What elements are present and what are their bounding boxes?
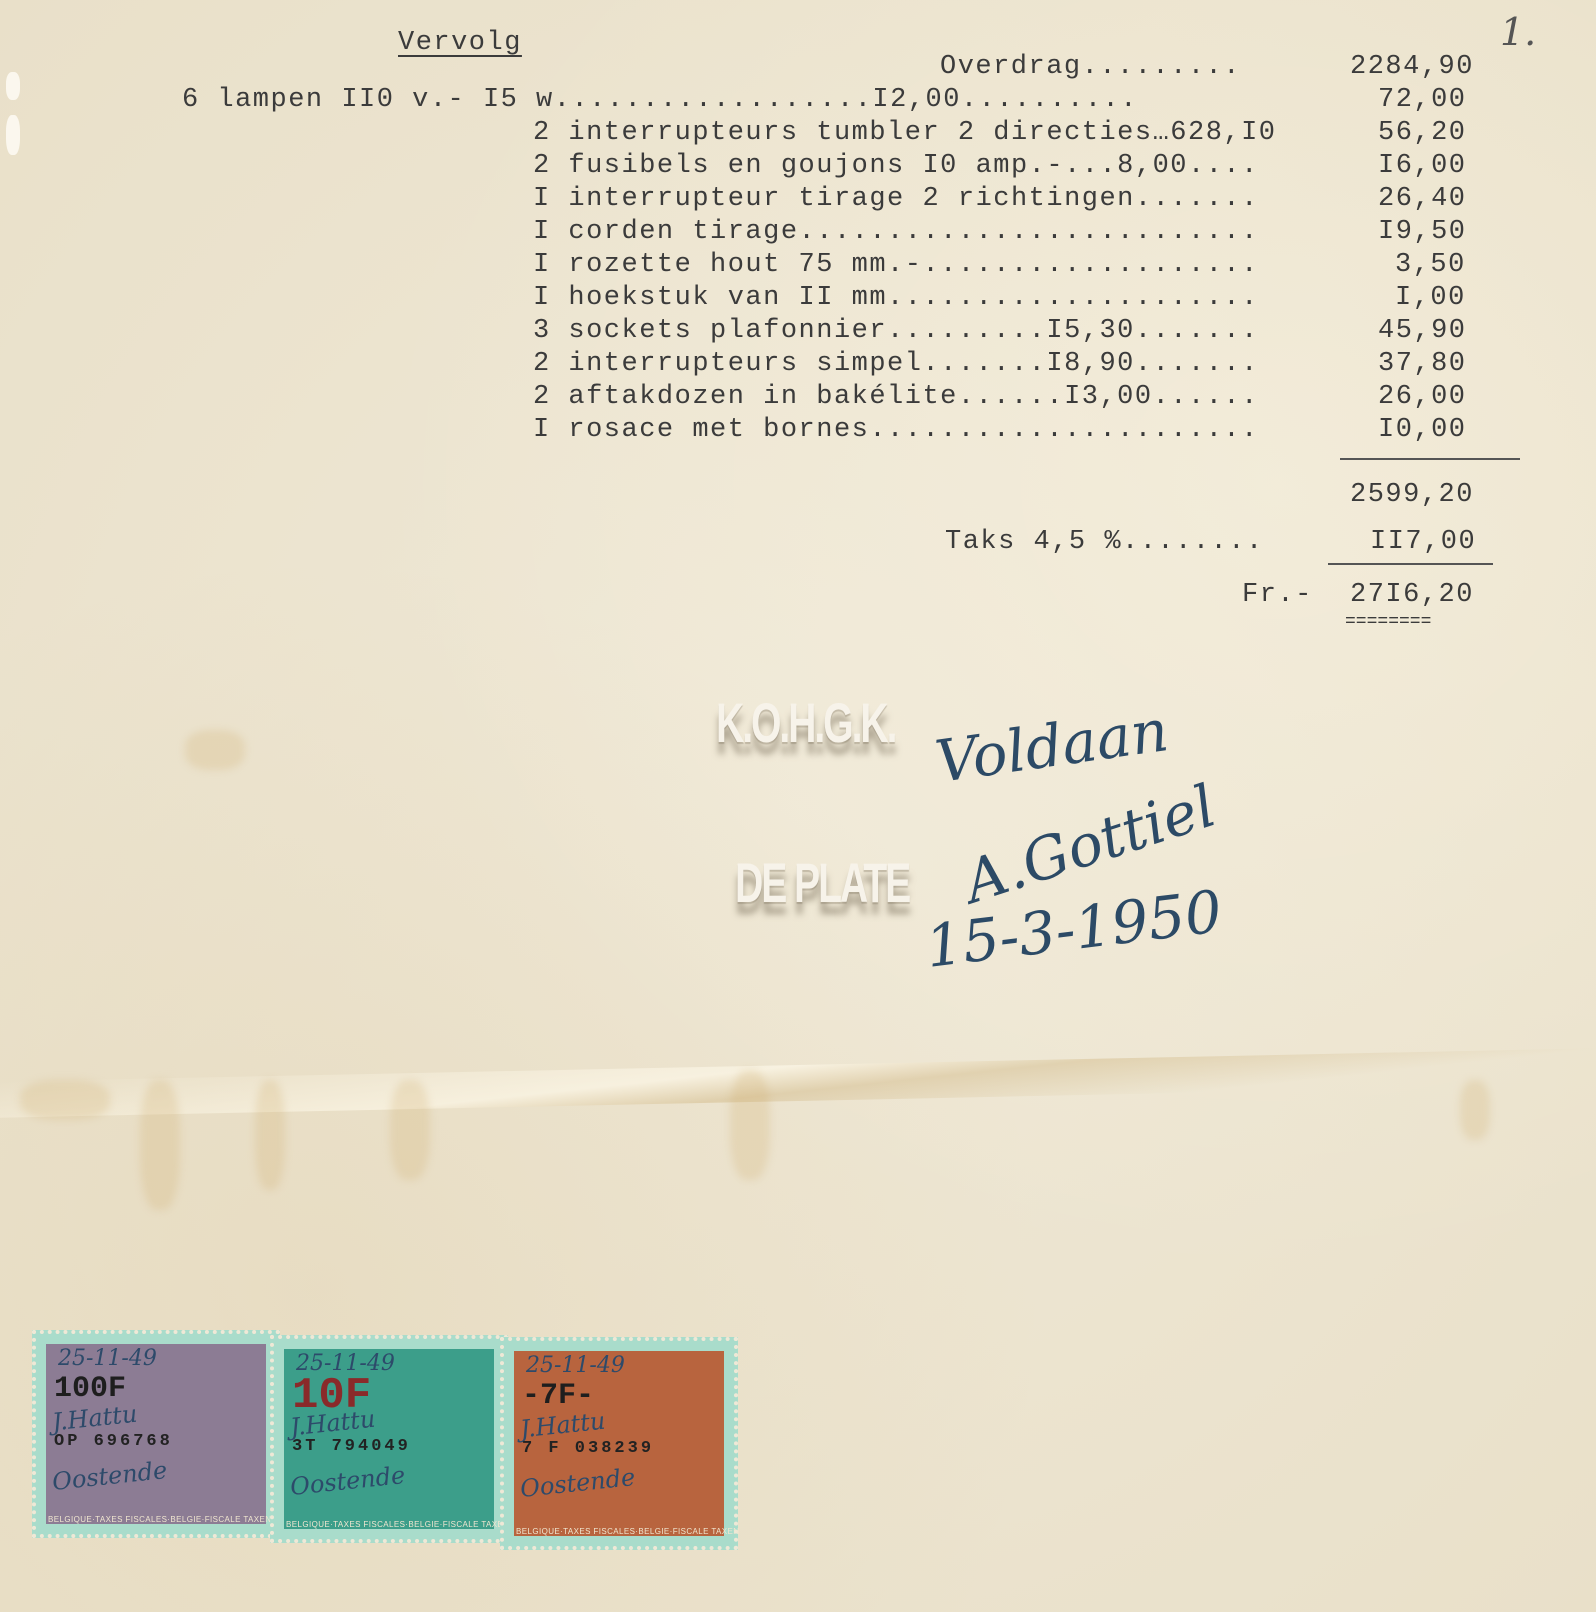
punch-hole xyxy=(6,115,20,155)
stamp-serial: OP 696768 xyxy=(54,1432,173,1451)
line-item-amount: 37,80 xyxy=(1378,349,1467,379)
stain xyxy=(185,730,245,770)
stamp-cancel-date: 25-11-49 xyxy=(526,1353,625,1378)
watermark-line2: DE PLATE xyxy=(735,850,909,915)
total-amount: 27I6,20 xyxy=(1350,580,1474,610)
line-item-amount: I6,00 xyxy=(1378,151,1467,181)
line-item-amount: 26,00 xyxy=(1378,382,1467,412)
watermark-line1: K.O.H.G.K. xyxy=(716,690,895,755)
tax-rule xyxy=(1328,563,1493,565)
stamp-cancel-city: Oostende xyxy=(51,1456,169,1496)
stamp-serial: 7 F 038239 xyxy=(522,1439,654,1458)
stamp-footer: BELGIQUE·TAXES FISCALES·BELGIE·FISCALE T… xyxy=(516,1527,739,1536)
line-item-amount: 72,00 xyxy=(1378,85,1467,115)
stamp-cancel-city: Oostende xyxy=(519,1463,637,1503)
line-item-amount: I9,50 xyxy=(1378,217,1467,247)
line-item-text: 3 sockets plafonnier.........I5,30......… xyxy=(533,316,1259,346)
total-label: Fr.- xyxy=(1242,580,1313,610)
line-item-amount: I,00 xyxy=(1395,283,1466,313)
line-item-text: 2 interrupteurs simpel.......I8,90......… xyxy=(533,349,1259,379)
stain xyxy=(140,1080,180,1210)
line-item-text: I rosace met bornes.....................… xyxy=(533,415,1259,445)
revenue-stamp-100f: 25-11-49 100F J.Hattu OP 696768 Oostende… xyxy=(32,1330,280,1538)
line-item-text: 2 interrupteurs tumbler 2 directies…628,… xyxy=(533,118,1277,148)
stamp-footer: BELGIQUE·TAXES FISCALES·BELGIE·FISCALE T… xyxy=(48,1515,271,1524)
line-item-amount: 26,40 xyxy=(1378,184,1467,214)
revenue-stamp-7f: 25-11-49 -7F- J.Hattu 7 F 038239 Oostend… xyxy=(500,1337,738,1550)
line-item-amount: 45,90 xyxy=(1378,316,1467,346)
subtotal-amount: 2599,20 xyxy=(1350,480,1474,510)
line-item-text: I hoekstuk van II mm....................… xyxy=(533,283,1259,313)
tax-label: Taks 4,5 %........ xyxy=(945,527,1264,557)
stamp-cancel-city: Oostende xyxy=(289,1461,407,1501)
stamp-serial: 3T 794049 xyxy=(292,1437,411,1456)
stamp-face: 25-11-49 100F J.Hattu OP 696768 Oostende… xyxy=(46,1344,266,1524)
line-item-text: 6 lampen II0 v.- I5 w..................I… xyxy=(182,85,1138,115)
line-item-text: I rozette hout 75 mm.-..................… xyxy=(533,250,1259,280)
stamp-cancel-date: 25-11-49 xyxy=(58,1346,157,1371)
revenue-stamp-10f: 25-11-49 10F J.Hattu 3T 794049 Oostende … xyxy=(270,1335,508,1543)
tax-amount: II7,00 xyxy=(1370,527,1476,557)
total-double-underline: ======== xyxy=(1345,612,1431,632)
stamp-face: 25-11-49 10F J.Hattu 3T 794049 Oostende … xyxy=(284,1349,494,1529)
punch-hole xyxy=(6,72,20,100)
stain xyxy=(255,1080,285,1190)
line-item-amount: I0,00 xyxy=(1378,415,1467,445)
carry-over-amount: 2284,90 xyxy=(1350,52,1474,82)
line-item-amount: 56,20 xyxy=(1378,118,1467,148)
line-item-text: 2 fusibels en goujons I0 amp.-...8,00...… xyxy=(533,151,1259,181)
stain xyxy=(390,1080,430,1180)
page-number: 1. xyxy=(1500,10,1536,54)
subtotal-rule xyxy=(1340,458,1520,460)
stamp-footer: BELGIQUE·TAXES FISCALES·BELGIE·FISCALE T… xyxy=(286,1520,509,1529)
line-item-text: I corden tirage.........................… xyxy=(533,217,1259,247)
line-item-amount: 3,50 xyxy=(1395,250,1466,280)
line-item-text: I interrupteur tirage 2 richtingen......… xyxy=(533,184,1259,214)
heading-vervolg: Vervolg xyxy=(398,28,522,58)
stamp-face: 25-11-49 -7F- J.Hattu 7 F 038239 Oostend… xyxy=(514,1351,724,1536)
stain xyxy=(730,1070,770,1180)
stain xyxy=(20,1080,110,1120)
line-item-text: 2 aftakdozen in bakélite......I3,00.....… xyxy=(533,382,1259,412)
stain xyxy=(1460,1080,1490,1140)
carry-over-label: Overdrag......... xyxy=(940,52,1241,82)
